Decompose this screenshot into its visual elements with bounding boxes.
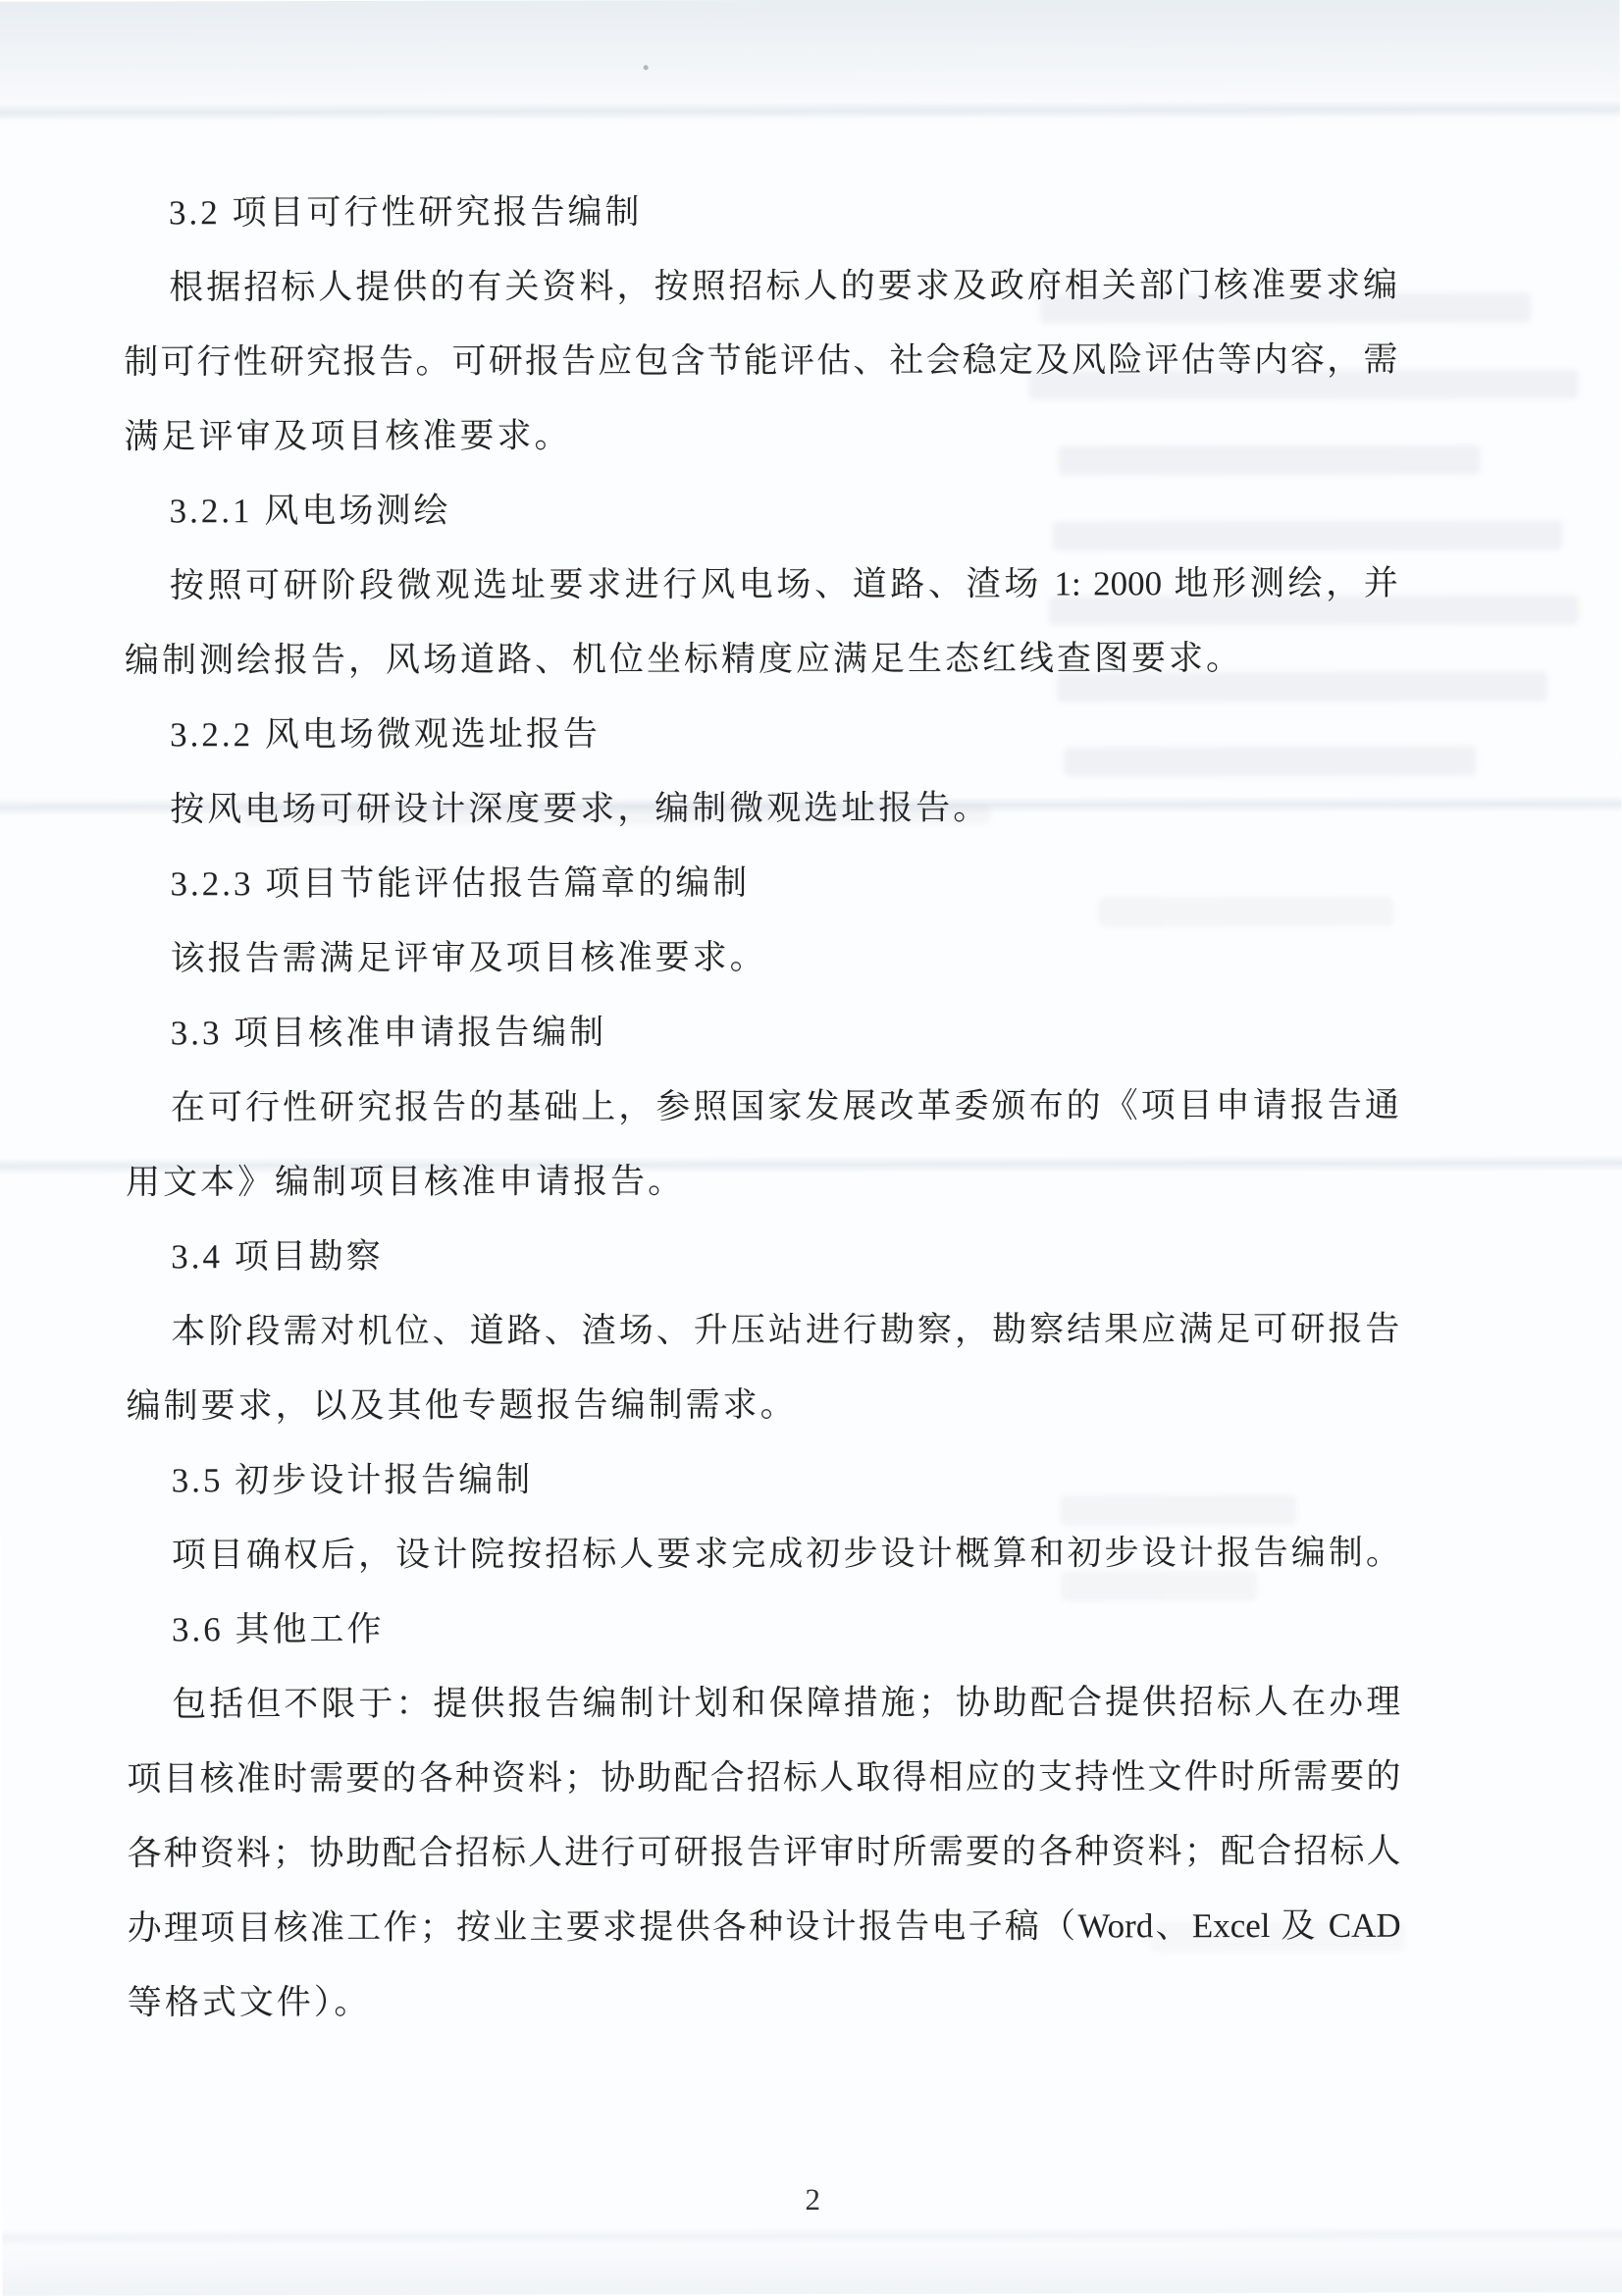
section-heading: 3.2 项目可行性研究报告编制 — [124, 174, 1397, 251]
paragraph-line: 包括但不限于：提供报告编制计划和保障措施；协助配合提供招标人在办理 — [127, 1665, 1400, 1743]
section-heading: 3.5 初步设计报告编制 — [127, 1441, 1400, 1519]
scan-speck — [644, 65, 649, 70]
paragraph-line: 根据招标人提供的有关资料，按照招标人的要求及政府相关部门核准要求编 — [124, 248, 1397, 326]
section-heading: 3.4 项目勘察 — [126, 1218, 1399, 1295]
scan-band — [0, 100, 1620, 121]
document-page: 3.2 项目可行性研究报告编制 根据招标人提供的有关资料，按照招标人的要求及政府… — [0, 0, 1622, 2294]
paragraph-line: 项目核准时需要的各种资料；协助配合招标人取得相应的支持性文件时所需要的 — [127, 1740, 1400, 1817]
paragraph-line: 等格式文件）。 — [128, 1963, 1401, 2041]
paragraph-line: 制可行性研究报告。可研报告应包含节能评估、社会稳定及风险评估等内容，需 — [124, 323, 1397, 400]
paragraph-line: 该报告需满足评审及项目核准要求。 — [126, 919, 1399, 997]
paragraph-line: 按风电场可研设计深度要求，编制微观选址报告。 — [125, 770, 1398, 848]
section-heading: 3.2.3 项目节能评估报告篇章的编制 — [125, 845, 1398, 922]
paragraph-line: 编制测绘报告，风场道路、机位坐标精度应满足生态红线查图要求。 — [125, 621, 1398, 699]
document-body: 3.2 项目可行性研究报告编制 根据招标人提供的有关资料，按照招标人的要求及政府… — [124, 174, 1401, 2041]
paragraph-line: 编制要求，以及其他专题报告编制需求。 — [126, 1367, 1399, 1444]
section-heading: 3.2.1 风电场测绘 — [125, 472, 1398, 549]
section-heading: 3.6 其他工作 — [127, 1591, 1400, 1668]
scan-band — [2, 2225, 1622, 2246]
paragraph-line: 本阶段需对机位、道路、渣场、升压站进行勘察，勘察结果应满足可研报告 — [126, 1292, 1399, 1370]
page-number: 2 — [2, 2180, 1622, 2218]
paragraph-line: 在可行性研究报告的基础上，参照国家发展改革委颁布的《项目申请报告通 — [126, 1069, 1399, 1146]
paragraph-line: 办理项目核准工作；按业主要求提供各种设计报告电子稿（Word、Excel 及 C… — [128, 1889, 1401, 1966]
paragraph-line: 用文本》编制项目核准申请报告。 — [126, 1143, 1399, 1221]
section-heading: 3.3 项目核准申请报告编制 — [126, 994, 1399, 1071]
section-heading: 3.2.2 风电场微观选址报告 — [125, 696, 1398, 773]
paragraph-line: 项目确权后，设计院按招标人要求完成初步设计概算和初步设计报告编制。 — [127, 1516, 1400, 1593]
paragraph-line: 按照可研阶段微观选址要求进行风电场、道路、渣场 1: 2000 地形测绘，并 — [125, 547, 1398, 624]
paragraph-line: 满足评审及项目核准要求。 — [124, 397, 1397, 475]
paragraph-line: 各种资料；协助配合招标人进行可研报告评审时所需要的各种资料；配合招标人 — [127, 1814, 1400, 1892]
